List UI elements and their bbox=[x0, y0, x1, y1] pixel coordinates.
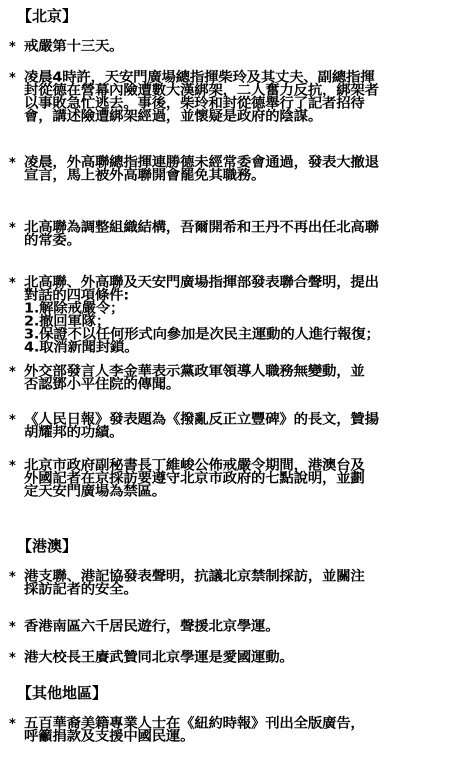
item-line: 否認鄧小平住院的傳聞。 bbox=[24, 379, 365, 391]
item-line: 香港南區六千居民遊行，聲援北京學運。 bbox=[24, 621, 279, 633]
item-line: 定天安門廣場為禁區。 bbox=[24, 486, 365, 498]
bullet-asterisk-icon: * bbox=[9, 222, 16, 235]
bullet-asterisk-icon: * bbox=[9, 277, 16, 290]
condition-4: 4.取消新聞封鎖。 bbox=[24, 342, 380, 354]
section-heading-hong-kong-macau: 【港澳】 bbox=[17, 537, 77, 555]
item-line: 會，講述險遭綁架經過，並懷疑是政府的陰謀。 bbox=[24, 111, 379, 123]
item-line: 採訪記者的安全。 bbox=[24, 584, 365, 596]
bullet-asterisk-icon: * bbox=[9, 652, 16, 665]
bullet-asterisk-icon: * bbox=[9, 41, 16, 54]
item-line: 港大校長王賡武贊同北京學運是愛國運動。 bbox=[24, 652, 294, 664]
item-line: 戒嚴第十三天。 bbox=[24, 41, 123, 53]
item-line: 宣言，馬上被外高聯開會罷免其職務。 bbox=[24, 170, 379, 182]
bullet-asterisk-icon: * bbox=[9, 718, 16, 731]
bullet-asterisk-icon: * bbox=[9, 414, 16, 427]
bullet-asterisk-icon: * bbox=[9, 72, 16, 85]
section-heading-other-regions: 【其他地區】 bbox=[17, 684, 107, 702]
bullet-asterisk-icon: * bbox=[9, 621, 16, 634]
item-line: 的常委。 bbox=[24, 235, 379, 247]
item-line: 呼籲捐款及支援中國民運。 bbox=[24, 731, 365, 743]
bullet-asterisk-icon: * bbox=[9, 366, 16, 379]
section-heading-beijing: 【北京】 bbox=[17, 7, 77, 25]
item-line: 胡耀邦的功績。 bbox=[24, 427, 379, 439]
bullet-asterisk-icon: * bbox=[9, 460, 16, 473]
bullet-asterisk-icon: * bbox=[9, 157, 16, 170]
bullet-asterisk-icon: * bbox=[9, 571, 16, 584]
